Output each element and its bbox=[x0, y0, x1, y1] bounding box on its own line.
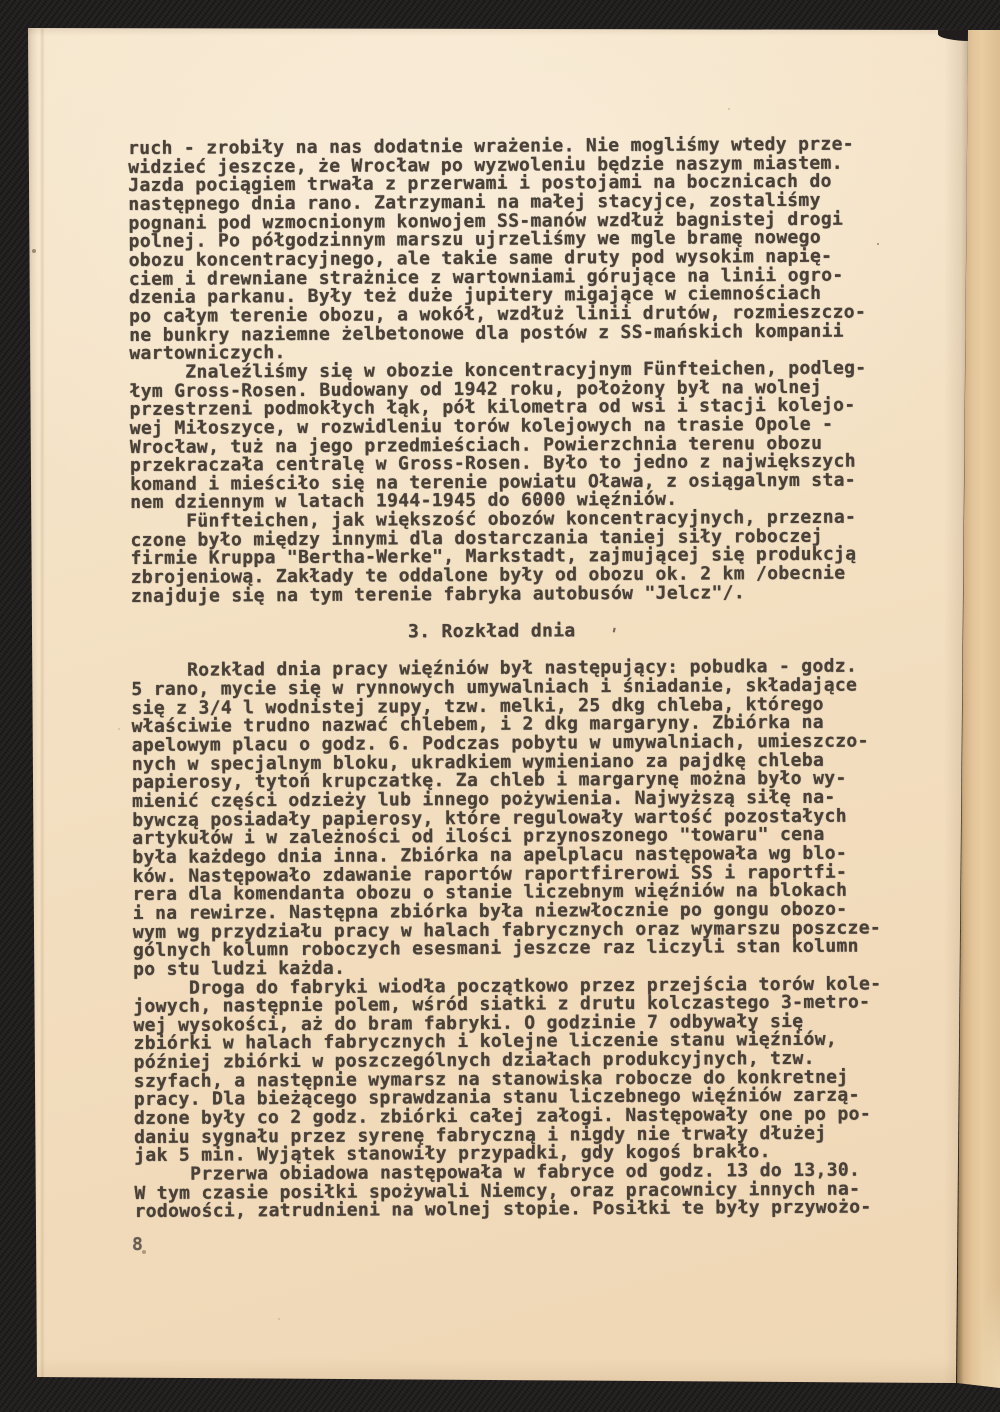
paragraph-3: Fünfteichen, jak większość obozów koncen… bbox=[130, 508, 921, 606]
paragraph-4: Rozkład dnia pracy więźniów był następuj… bbox=[131, 658, 923, 980]
book-page: ruch - zrobiły na nas dodatnie wrażenie.… bbox=[28, 28, 968, 1388]
book-scan: ruch - zrobiły na nas dodatnie wrażenie.… bbox=[0, 0, 1000, 1412]
paragraph-6: Przerwa obiadowa następowała w fabryce o… bbox=[134, 1161, 924, 1222]
section-heading: 3. Rozkład dnia bbox=[131, 620, 921, 643]
paragraph-1: ruch - zrobiły na nas dodatnie wrażenie.… bbox=[128, 135, 919, 364]
page-text: ruch - zrobiły na nas dodatnie wrażenie.… bbox=[128, 135, 925, 1222]
paragraph-5: Droga do fabryki wiodła początkowo przez… bbox=[133, 975, 924, 1166]
paragraph-2: Znaleźliśmy się w obozie koncentracyjnym… bbox=[129, 359, 920, 513]
page-number: 8 bbox=[132, 1234, 143, 1255]
